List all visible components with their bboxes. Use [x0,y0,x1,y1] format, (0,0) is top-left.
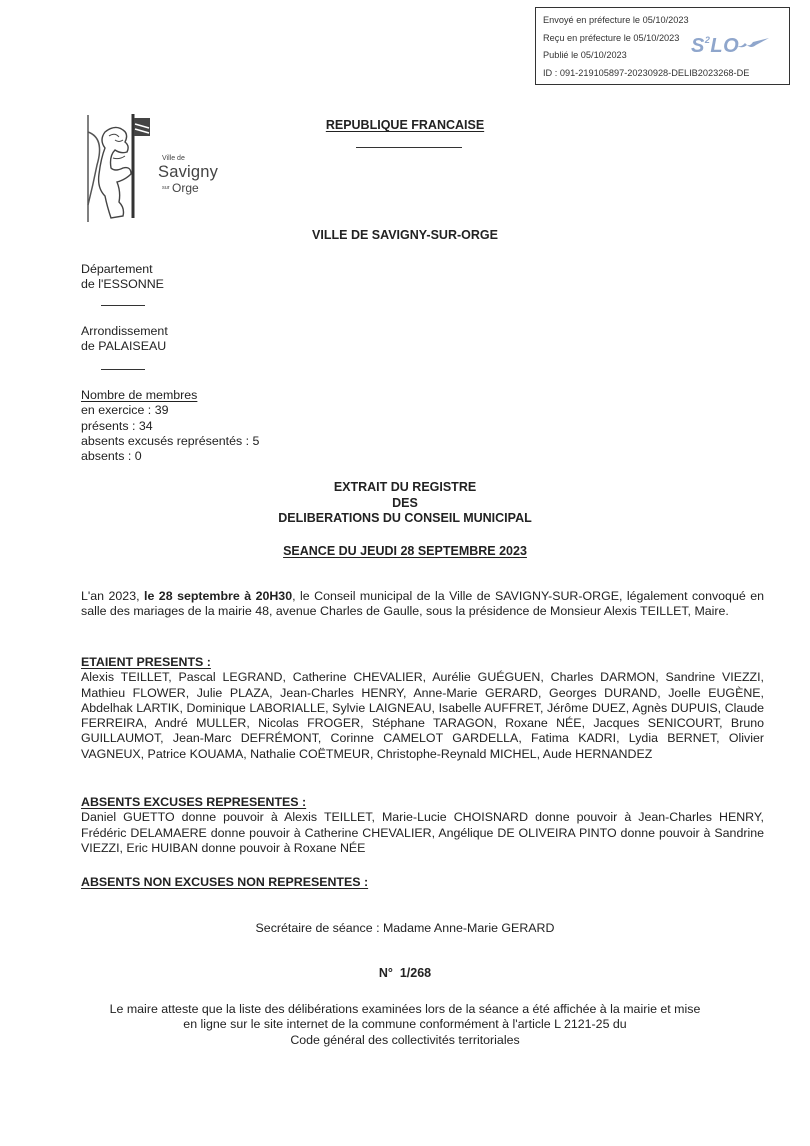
header-divider [356,147,462,148]
logo-ville-de: Ville de [162,155,185,162]
membres-absents: absents : 0 [81,449,259,464]
membres-title: Nombre de membres [81,388,259,403]
attestation-line-3: Code général des collectivités territori… [0,1033,810,1048]
membres-block: Nombre de membres en exercice : 39 prése… [81,388,259,464]
presents-list: Alexis TEILLET, Pascal LEGRAND, Catherin… [81,670,764,762]
attestation-line-1: Le maire atteste que la liste des délibé… [0,1002,810,1017]
absents-non-section: ABSENTS NON EXCUSES NON REPRESENTES : [81,875,764,890]
arrondissement-block: Arrondissement de PALAISEAU [81,324,168,355]
intro-date: le 28 septembre à 20H30 [144,589,292,603]
extrait-line-2: DES [0,496,810,512]
membres-en-exercice: en exercice : 39 [81,403,259,418]
absents-representes-list: Daniel GUETTO donne pouvoir à Alexis TEI… [81,810,764,856]
absents-representes-section: ABSENTS EXCUSES REPRESENTES : Daniel GUE… [81,795,764,856]
stamp-envoye: Envoyé en préfecture le 05/10/2023 [543,12,789,30]
s2lo-logo: S2LO [691,32,739,56]
stamp-id: ID : 091-219105897-20230928-DELIB2023268… [543,65,789,83]
logo-savigny: Savigny [158,163,218,182]
membres-absents-excuses: absents excusés représentés : 5 [81,434,259,449]
logo-orge: Orge [172,181,199,195]
membres-presents: présents : 34 [81,419,259,434]
s2lo-swoosh-icon [734,36,770,50]
presents-section: ETAIENT PRESENTS : Alexis TEILLET, Pasca… [81,655,764,762]
intro-prefix: L'an 2023, [81,589,144,603]
departement-block: Département de l'ESSONNE [81,262,164,293]
seance-title: SEANCE DU JEUDI 28 SEPTEMBRE 2023 [0,544,810,558]
arrondissement-value: de PALAISEAU [81,339,168,354]
extrait-line-3: DELIBERATIONS DU CONSEIL MUNICIPAL [0,511,810,527]
logo-sur: sur [162,185,170,191]
attestation-line-2: en ligne sur le site internet de la comm… [0,1017,810,1032]
prefecture-stamp: Envoyé en préfecture le 05/10/2023 Reçu … [535,7,790,85]
departement-label: Département [81,262,164,277]
arrondissement-label: Arrondissement [81,324,168,339]
absents-non-heading: ABSENTS NON EXCUSES NON REPRESENTES : [81,875,764,890]
arrondissement-divider [101,369,145,370]
deliberation-number: N° 1/268 [0,966,810,980]
absents-representes-heading: ABSENTS EXCUSES REPRESENTES : [81,795,764,810]
extrait-title: EXTRAIT DU REGISTRE DES DELIBERATIONS DU… [0,480,810,527]
presents-heading: ETAIENT PRESENTS : [81,655,764,670]
departement-value: de l'ESSONNE [81,277,164,292]
attestation: Le maire atteste que la liste des délibé… [0,1002,810,1048]
republique-francaise-title: REPUBLIQUE FRANCAISE [0,118,810,132]
departement-divider [101,305,145,306]
secretaire-de-seance: Secrétaire de séance : Madame Anne-Marie… [0,921,810,936]
intro-paragraph: L'an 2023, le 28 septembre à 20H30, le C… [81,589,764,620]
extrait-line-1: EXTRAIT DU REGISTRE [0,480,810,496]
ville-title: VILLE DE SAVIGNY-SUR-ORGE [0,228,810,242]
